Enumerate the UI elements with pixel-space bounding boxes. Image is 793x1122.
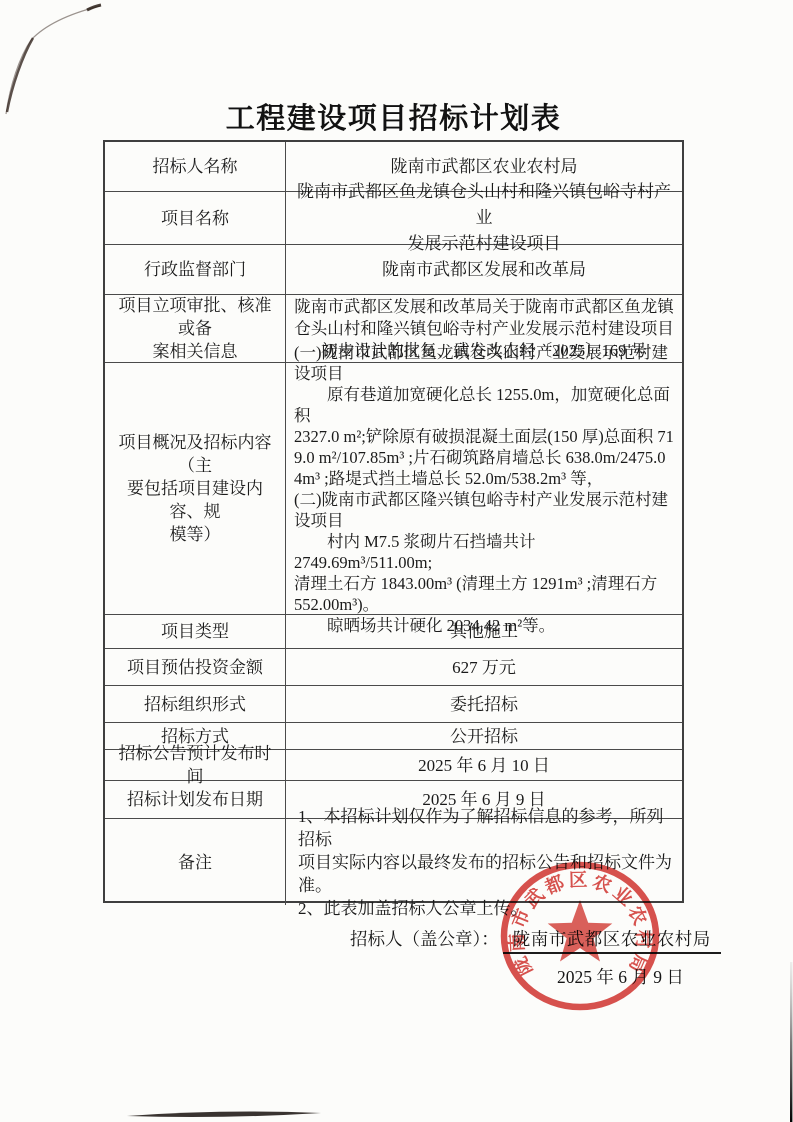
row-value: 其他施工	[286, 615, 682, 648]
page-curl-artifact	[6, 6, 100, 114]
table-row-organization-form: 招标组织形式 委托招标	[105, 686, 682, 723]
table-row-project-overview: 项目概况及招标内容（主 要包括项目建设内容、规 模等） (一)陇南市武都区鱼龙镇…	[105, 363, 682, 615]
row-value: 2025 年 6 月 10 日	[286, 750, 682, 780]
row-label: 项目概况及招标内容（主 要包括项目建设内容、规 模等）	[105, 363, 286, 614]
right-edge-shadow-artifact	[790, 962, 792, 1122]
row-value: (一)陇南市武都区鱼龙镇仓头山村产业发展示范村建 设项目 原有巷道加宽硬化总长 …	[286, 363, 682, 614]
signer-name: 陇南市武都区农业农村局	[503, 926, 721, 954]
tender-plan-table: 招标人名称 陇南市武都区农业农村局 项目名称 陇南市武都区鱼龙镇仓头山村和隆兴镇…	[103, 140, 684, 903]
row-label: 项目名称	[105, 192, 286, 244]
page-curl-artifact-tip	[87, 5, 101, 10]
row-label: 项目立项审批、核准或备 案相关信息	[105, 295, 286, 362]
row-value: 627 万元	[286, 649, 682, 685]
signature-line: 招标人（盖公章）：陇南市武都区农业农村局	[350, 926, 721, 954]
table-row-supervising-department: 行政监督部门 陇南市武都区发展和改革局	[105, 245, 682, 295]
row-label: 备注	[105, 819, 286, 905]
row-value: 陇南市武都区鱼龙镇仓头山村和隆兴镇包峪寺村产业 发展示范村建设项目	[286, 192, 682, 244]
table-row-project-name: 项目名称 陇南市武都区鱼龙镇仓头山村和隆兴镇包峪寺村产业 发展示范村建设项目	[105, 192, 682, 245]
signer-label: 招标人（盖公章）：	[350, 929, 499, 949]
table-row-remarks: 备注 1、本招标计划仅作为了解招标信息的参考，所列招标 项目实际内容以最终发布的…	[105, 819, 682, 905]
table-row-project-type: 项目类型 其他施工	[105, 615, 682, 649]
bottom-smudge-artifact	[127, 1112, 321, 1117]
row-label: 招标人名称	[105, 142, 286, 191]
table-row-announcement-date: 招标公告预计发布时间 2025 年 6 月 10 日	[105, 750, 682, 781]
row-label: 项目类型	[105, 615, 286, 648]
row-value: 公开招标	[286, 723, 682, 749]
row-label: 项目预估投资金额	[105, 649, 286, 685]
row-label: 招标公告预计发布时间	[105, 750, 286, 780]
scanned-document-page: 工程建设项目招标计划表 招标人名称 陇南市武都区农业农村局 项目名称 陇南市武都…	[0, 0, 793, 1122]
row-label: 行政监督部门	[105, 245, 286, 294]
row-label: 招标组织形式	[105, 686, 286, 722]
row-label: 招标计划发布日期	[105, 781, 286, 818]
row-value: 陇南市武都区发展和改革局	[286, 245, 682, 294]
page-curl-artifact-dark	[7, 38, 33, 112]
document-title: 工程建设项目招标计划表	[103, 96, 684, 137]
table-row-estimated-investment: 项目预估投资金额 627 万元	[105, 649, 682, 686]
row-value: 1、本招标计划仅作为了解招标信息的参考，所列招标 项目实际内容以最终发布的招标公…	[286, 819, 682, 905]
document-date: 2025 年 6 月 9 日	[557, 964, 684, 989]
row-value: 委托招标	[286, 686, 682, 722]
